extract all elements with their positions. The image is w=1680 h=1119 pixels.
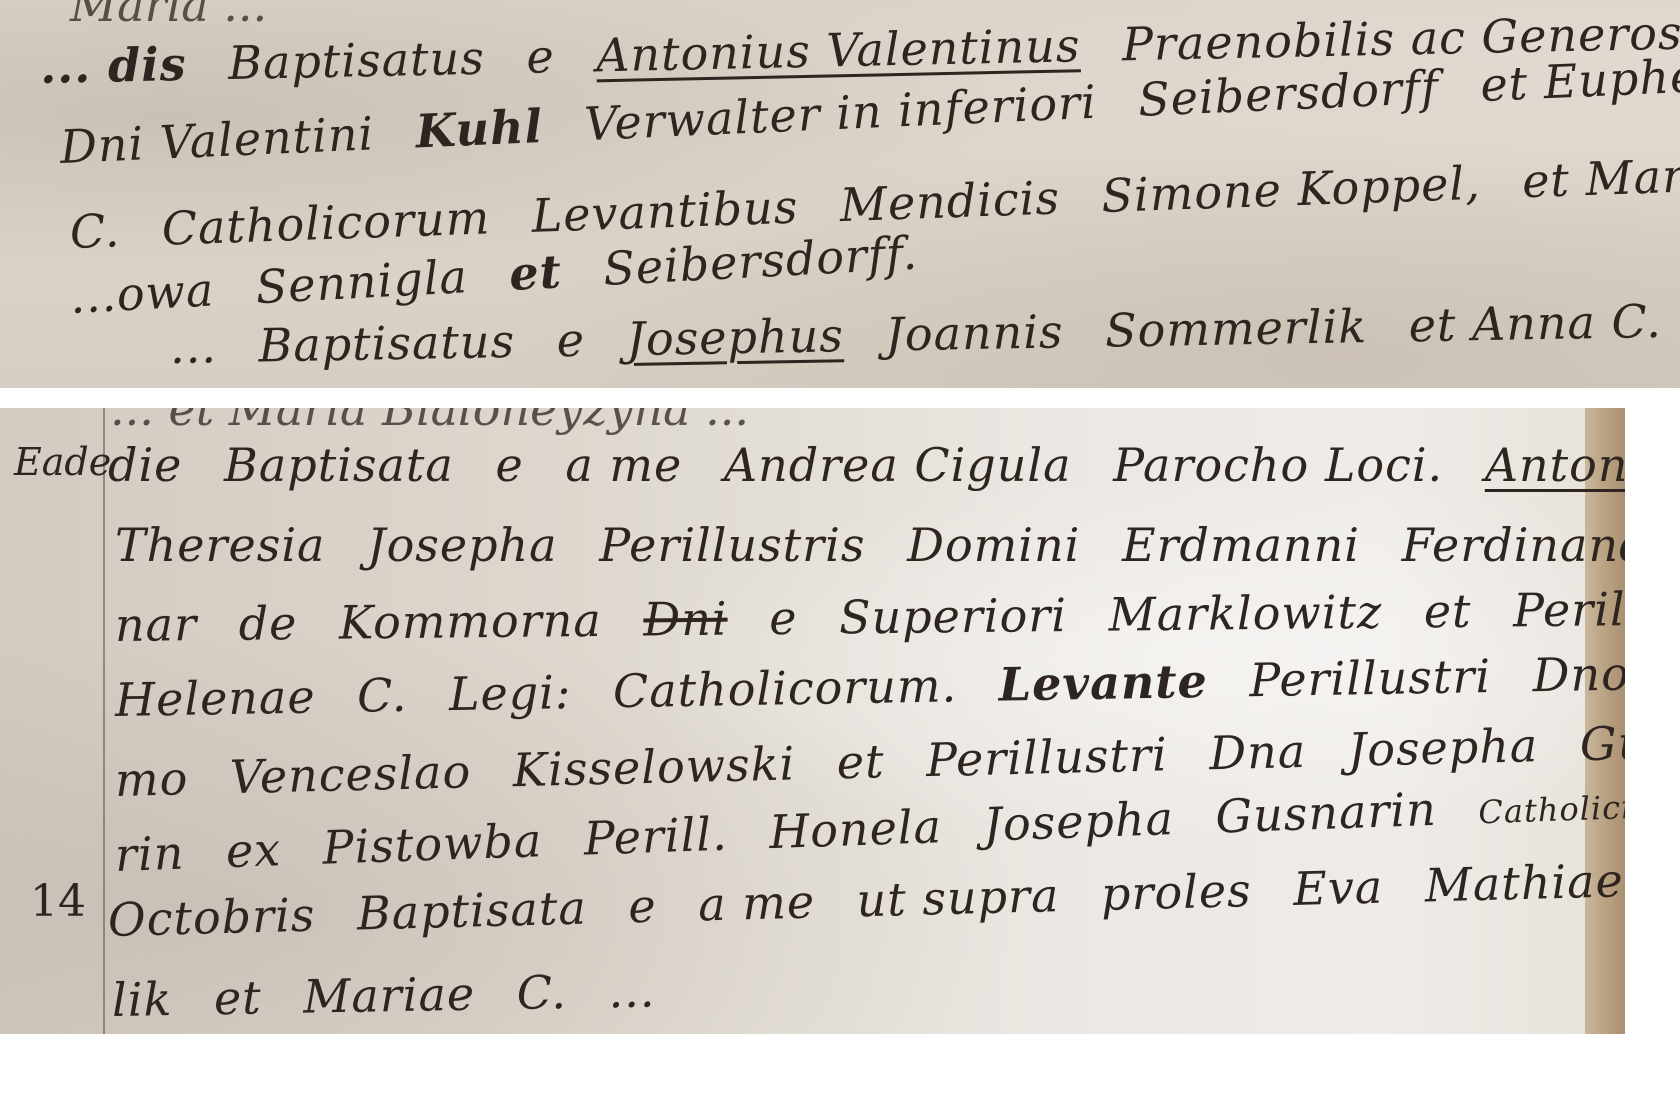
partial-line-top: Maria ... xyxy=(70,0,267,32)
baptized-name: Antonia Maria xyxy=(1485,438,1625,492)
register-photo-top: Maria ... ... dis Baptisatus e Antonius … xyxy=(0,0,1680,388)
partial-line-top: ... et Maria Bialoneyzyna ... xyxy=(110,408,749,436)
entry-line: nar de Kommorna Dni e Superiori Marklowi… xyxy=(115,579,1625,652)
register-photo-bottom: ... et Maria Bialoneyzyna ... Eade 14 di… xyxy=(0,408,1625,1034)
baptized-name: Antonius Valentinus xyxy=(596,18,1081,82)
entry-line: Helenae C. Legi: Catholicorum. Levante P… xyxy=(115,643,1625,727)
margin-rule xyxy=(103,408,105,1034)
margin-date-14: 14 xyxy=(30,876,86,927)
entry-line: lik et Mariae C. ... xyxy=(112,963,682,1027)
entry-line: die Baptisata e a me Andrea Cigula Paroc… xyxy=(108,438,1625,492)
entry-line: Theresia Josepha Perillustris Domini Erd… xyxy=(115,518,1625,572)
margin-date-eade: Eade xyxy=(14,440,111,484)
